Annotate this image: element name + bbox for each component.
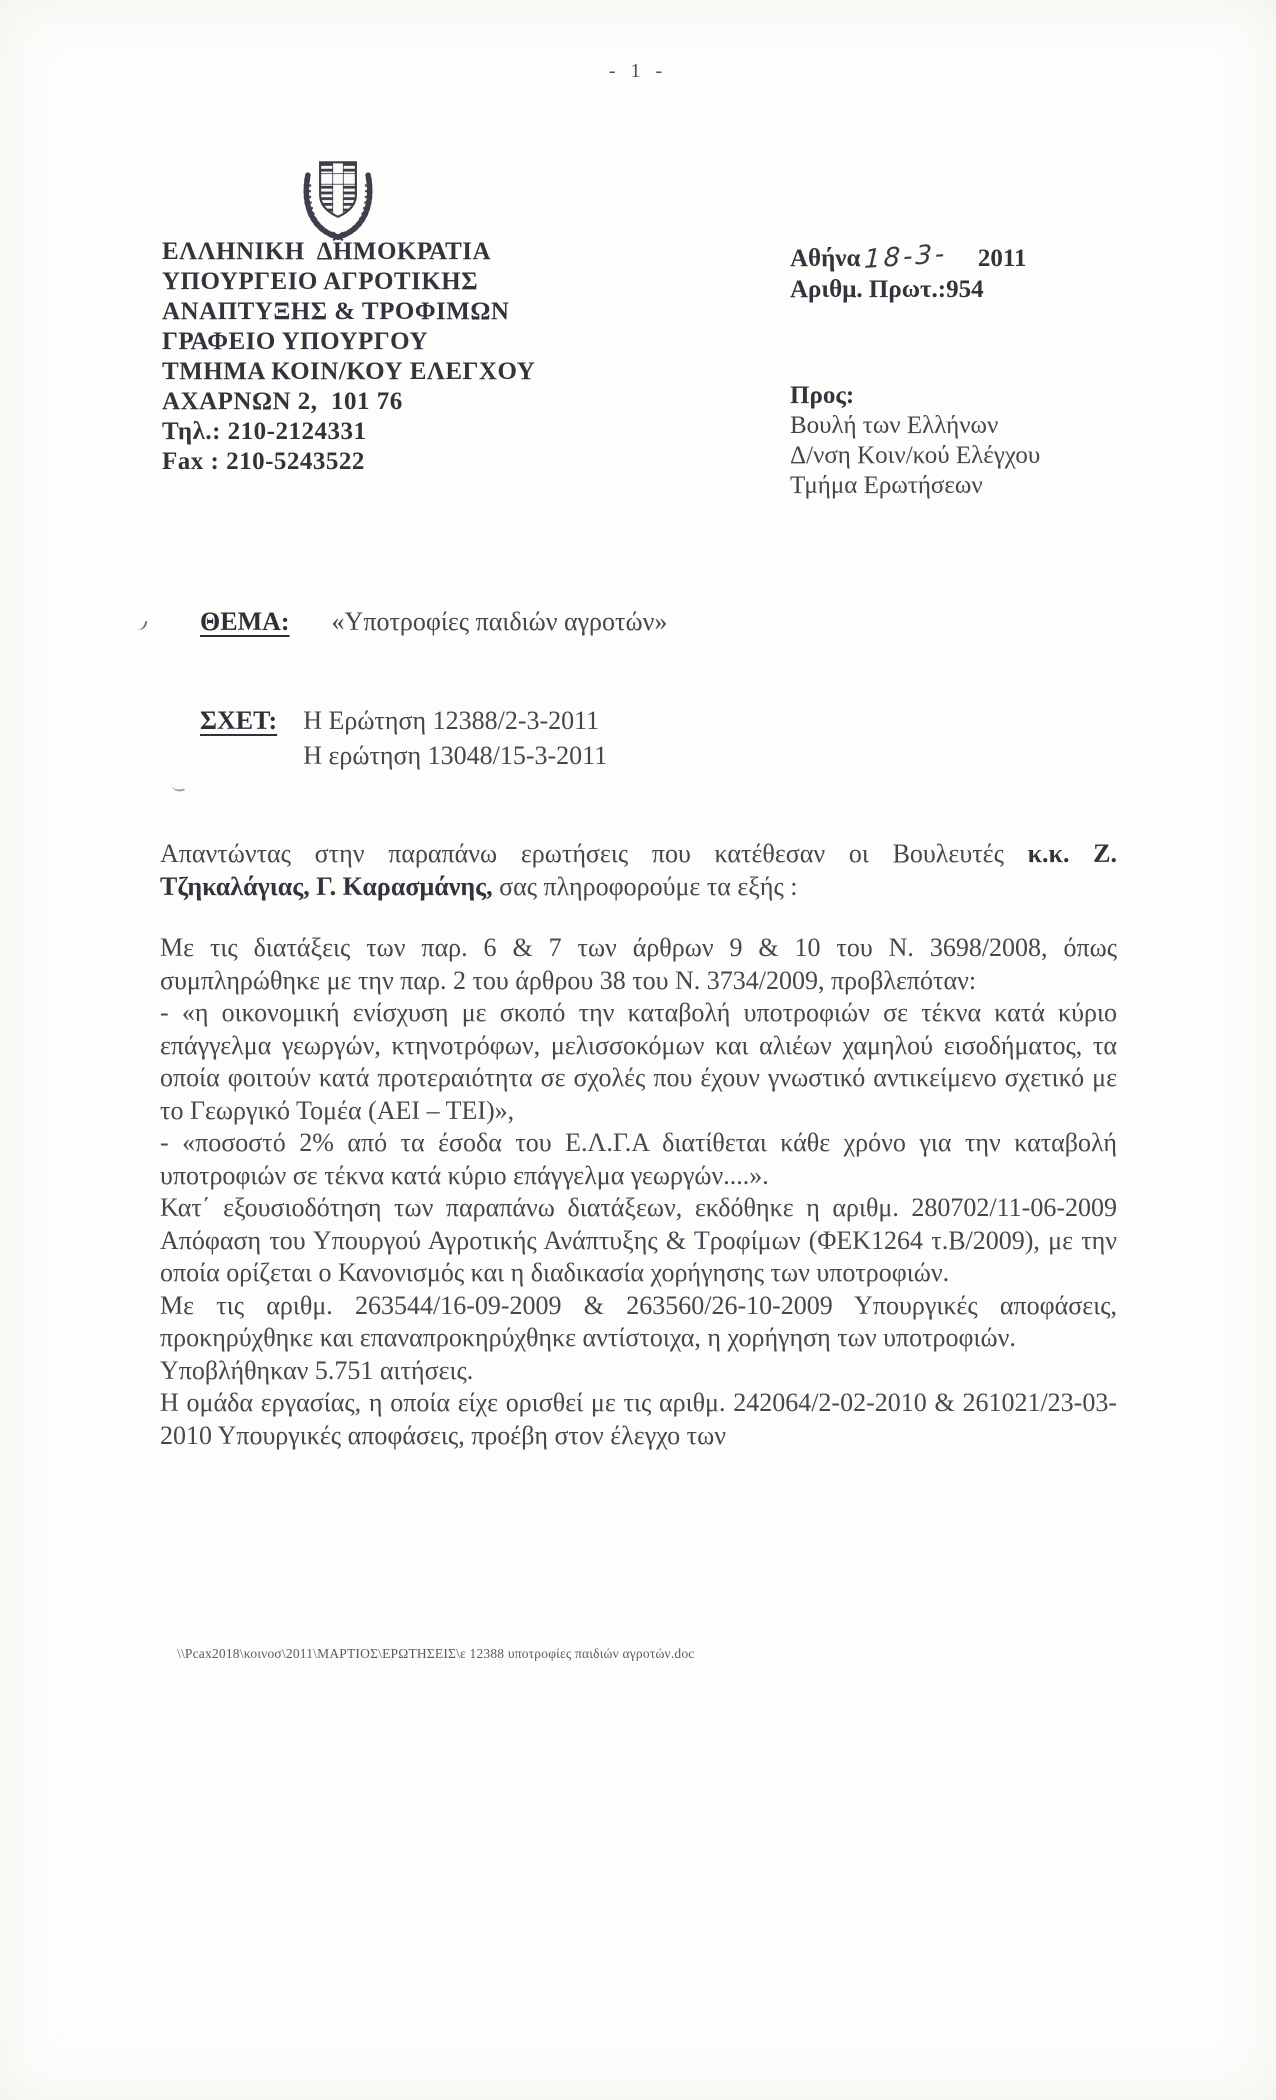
- ministry-header-line: ΤΜΗΜΑ ΚΟΙΝ/ΚΟΥ ΕΛΕΓΧΟΥ: [162, 357, 535, 387]
- reference-row: ΣΧΕΤ: Η Ερώτηση 12388/2-3-2011Η ερώτηση …: [200, 703, 607, 773]
- recipient-lines: Βουλή των ΕλλήνωνΔ/νση Κοιν/κού ΕλέγχουΤ…: [790, 411, 1040, 501]
- body-paragraph: Η ομάδα εργασίας, η οποία είχε ορισθεί μ…: [160, 1387, 1117, 1452]
- ministry-header-line: ΥΠΟΥΡΓΕΙΟ ΑΓΡΟΤΙΚΗΣ: [162, 267, 535, 297]
- body-paragraph: Κατ΄ εξουσιοδότηση των παραπάνω διατάξεω…: [160, 1192, 1117, 1290]
- scan-artifact-tick: [171, 782, 185, 794]
- document-file-path: \\Pcax2018\κοινοσ\2011\ΜΑΡΤΙΟΣ\ΕΡΩΤΗΣΕΙΣ…: [177, 1646, 695, 1662]
- recipient-label: Προς:: [790, 381, 1040, 411]
- body-paragraph: - «η οικονομική ενίσχυση με σκοπό την κα…: [160, 997, 1117, 1127]
- ministry-header-line: ΓΡΑΦΕΙΟ ΥΠΟΥΡΓΟΥ: [162, 327, 535, 357]
- page-number: - 1 -: [0, 60, 1276, 83]
- date-line: Αθήνα18-3-2011: [790, 243, 1026, 274]
- body-paragraph: - «ποσοστό 2% από τα έσοδα του Ε.Λ.Γ.Α δ…: [160, 1127, 1117, 1192]
- ministry-header-block: ΕΛΛΗΝΙΚΗ ΔΗΜΟΚΡΑΤΙΑΥΠΟΥΡΓΕΙΟ ΑΓΡΟΤΙΚΗΣΑΝ…: [162, 237, 535, 477]
- body-paragraph: Υποβλήθηκαν 5.751 αιτήσεις.: [160, 1355, 1117, 1388]
- body-paragraph: Με τις αριθμ. 263544/16-09-2009 & 263560…: [160, 1290, 1117, 1355]
- recipient-line: Δ/νση Κοιν/κού Ελέγχου: [790, 441, 1040, 471]
- subject-label: ΘΕΜΑ:: [200, 607, 290, 637]
- greek-coat-of-arms-icon: [297, 146, 379, 242]
- ministry-header-line: ΑΧΑΡΝΩΝ 2, 101 76: [162, 387, 535, 417]
- protocol-number: Αριθμ. Πρωτ.:954: [790, 274, 1026, 305]
- recipient-line: Βουλή των Ελλήνων: [790, 411, 1040, 441]
- ministry-header-line: Fax : 210-5243522: [162, 447, 535, 477]
- opening-text-2: σας πληροφορούμε τα εξής :: [493, 872, 798, 901]
- scan-artifact-comma: [136, 619, 147, 632]
- reference-line: Η ερώτηση 13048/15-3-2011: [303, 738, 607, 773]
- ministry-header-line: ΑΝΑΠΤΥΞΗΣ & ΤΡΟΦΙΜΩΝ: [162, 297, 535, 327]
- handwritten-date: 18-3-: [864, 239, 948, 276]
- opening-text-1: Απαντώντας στην παραπάνω ερωτήσεις που κ…: [160, 839, 1028, 868]
- reference-lines: Η Ερώτηση 12388/2-3-2011Η ερώτηση 13048/…: [303, 703, 607, 773]
- reference-label: ΣΧΕΤ:: [200, 703, 277, 738]
- reference-line: Η Ερώτηση 12388/2-3-2011: [303, 703, 607, 738]
- letter-body: Απαντώντας στην παραπάνω ερωτήσεις που κ…: [160, 838, 1117, 1452]
- city-label: Αθήνα: [790, 245, 860, 272]
- date-protocol-block: Αθήνα18-3-2011 Αριθμ. Πρωτ.:954: [790, 243, 1026, 305]
- ministry-header-line: ΕΛΛΗΝΙΚΗ ΔΗΜΟΚΡΑΤΙΑ: [162, 237, 535, 267]
- body-paragraphs: Με τις διατάξεις των παρ. 6 & 7 των άρθρ…: [160, 932, 1117, 1452]
- opening-paragraph: Απαντώντας στην παραπάνω ερωτήσεις που κ…: [160, 838, 1117, 903]
- recipient-line: Τμήμα Ερωτήσεων: [790, 471, 1040, 501]
- ministry-header-line: Τηλ.: 210-2124331: [162, 417, 535, 447]
- subject-text: «Υποτροφίες παιδιών αγροτών»: [332, 607, 668, 637]
- year-label: 2011: [978, 245, 1027, 272]
- subject-row: ΘΕΜΑ: «Υποτροφίες παιδιών αγροτών»: [200, 607, 667, 637]
- body-paragraph: Με τις διατάξεις των παρ. 6 & 7 των άρθρ…: [160, 932, 1117, 997]
- recipient-block: Προς: Βουλή των ΕλλήνωνΔ/νση Κοιν/κού Ελ…: [790, 381, 1040, 501]
- scanned-document-page: { "page": { "number_label": "- 1 -" }, "…: [0, 0, 1276, 2100]
